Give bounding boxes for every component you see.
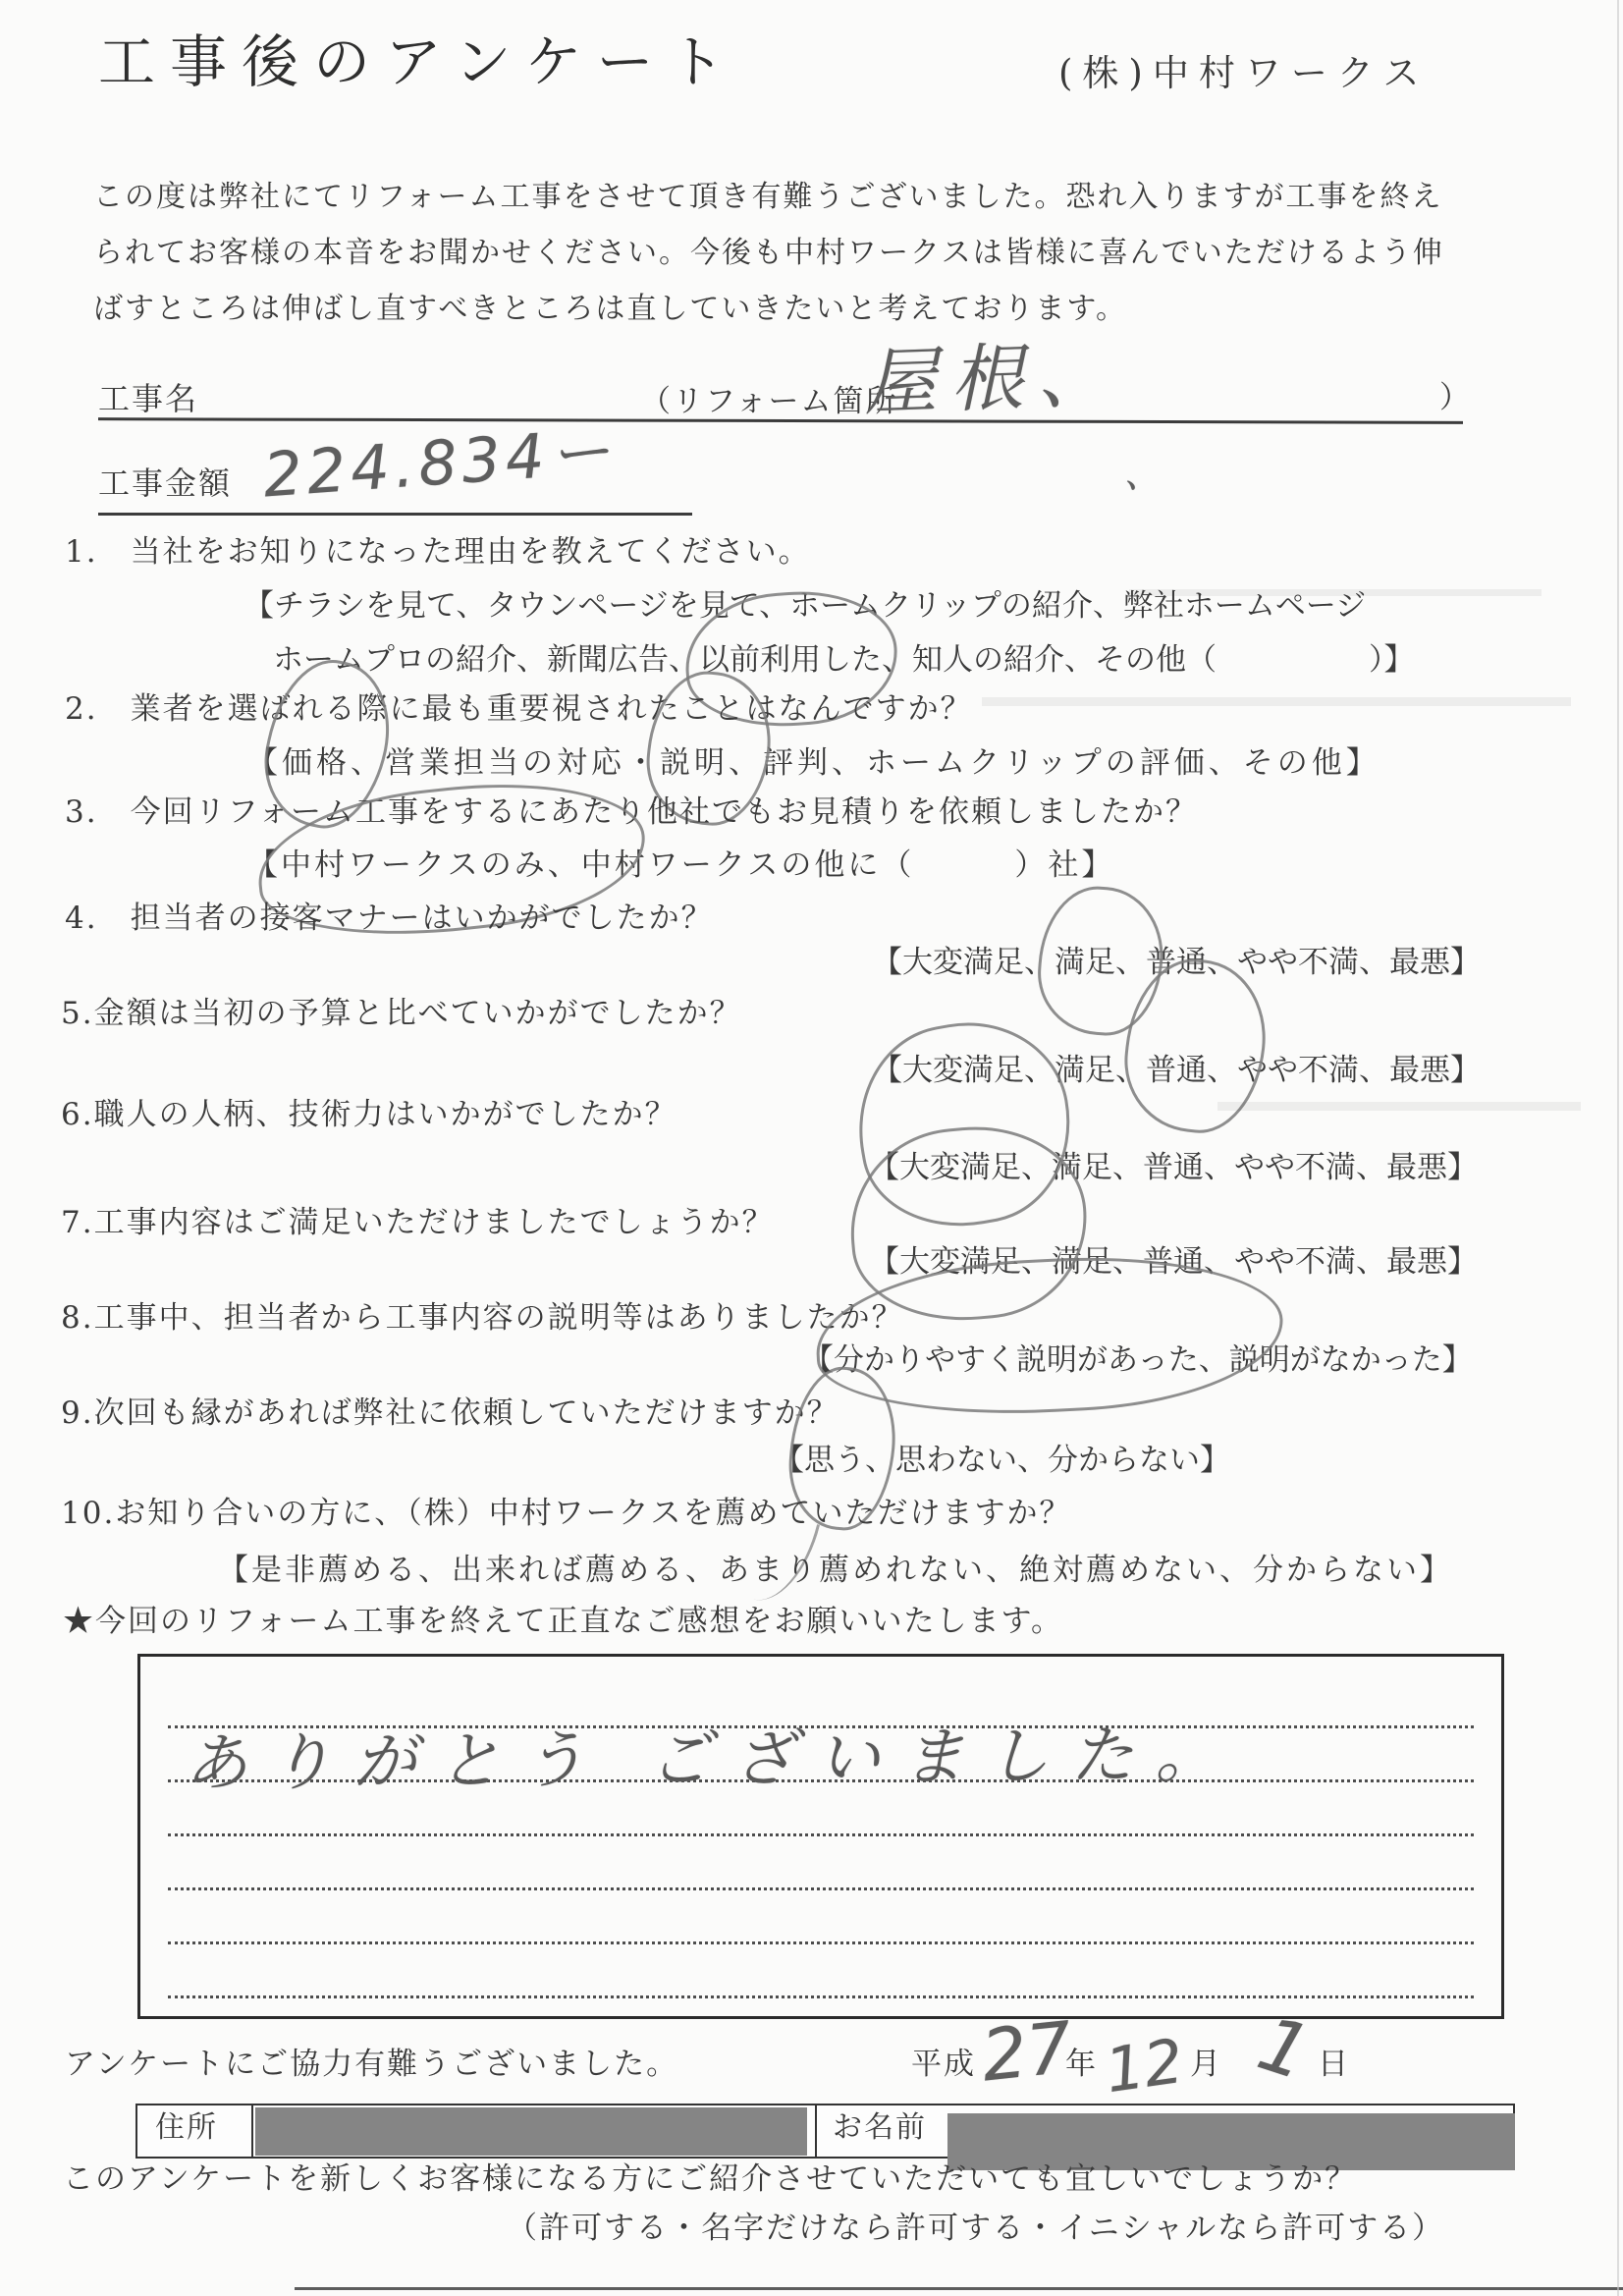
q6-options-suffix: 、満足、普通、やや不満、最悪】 [1021, 1150, 1478, 1185]
date-month-handwritten: 12 [1101, 2026, 1187, 2106]
work-name-underline [98, 417, 1463, 424]
date-era-label: 平成 [911, 2048, 976, 2083]
q8-circled-answer: 分かりやすく説明があった [834, 1343, 1199, 1379]
intro-line-1: この度は弊社にてリフォーム工事をさせて頂き有難うございました。恐れ入りますが工事… [93, 181, 1443, 215]
comment-ruled-line [168, 1833, 1474, 1836]
date-year-handwritten: 27 [978, 2006, 1076, 2097]
comment-ruled-line [168, 1941, 1474, 1944]
q1-options-prefix: ホームプロの紹介、新聞広告、 [273, 642, 699, 678]
work-name-label: 工事名 [98, 381, 198, 417]
q2-options-suffix: 、評判、ホームクリップの評価、その他】 [729, 745, 1380, 781]
date-year-unit: 年 [1065, 2048, 1098, 2083]
question-3-options: 【中村ワークスのみ、中村ワークスの他に（ ）社】 [247, 848, 1114, 884]
q2-circled-answer-price: 価格 [282, 746, 351, 782]
comment-ruled-line [168, 1887, 1474, 1890]
q1-circled-answer: 以前利用した [699, 643, 882, 679]
question-10-options: 【是非薦める、出来れば薦める、あまり薦めれない、絶対薦めない、分からない】 [218, 1554, 1453, 1589]
date-day-unit: 日 [1318, 2048, 1350, 2083]
q6-options-open: 【 [869, 1150, 899, 1185]
q4-options-suffix: 、普通、やや不満、最悪】 [1115, 945, 1481, 980]
name-label: お名前 [833, 2111, 927, 2146]
q9-options-open: 【 [774, 1443, 804, 1478]
question-7-text: 7.工事内容はご満足いただけましたでしょうか？ [61, 1206, 775, 1241]
date-month-unit: 月 [1190, 2048, 1222, 2083]
question-5-options: 【大変満足、満足、普通、やや不満、最悪】 [872, 1054, 1481, 1089]
q7-circled-answer: 大変満足 [899, 1245, 1021, 1281]
q6-circled-answer: 大変満足 [899, 1151, 1021, 1186]
stray-pen-mark: 、 [1124, 454, 1162, 497]
q4-circled-answer: 満足 [1055, 946, 1115, 981]
comment-prompt: ★今回のリフォーム工事を終えて正直なご感想をお願いいたします。 [63, 1605, 1063, 1640]
address-redaction-box [255, 2107, 807, 2156]
scan-right-edge-artifact [1617, 0, 1619, 2296]
question-10-text: 10.お知り合いの方に、（株）中村ワークスを薦めていただけますか？ [61, 1497, 1072, 1532]
question-3-text: 3. 今回リフォーム工事をするにあたり他社でもお見積りを依頼しましたか？ [65, 795, 1198, 831]
survey-scan-page: 工事後のアンケート (株)中村ワークス この度は弊社にてリフォーム工事をさせて頂… [0, 0, 1623, 2296]
q9-circled-answer: 思う [804, 1444, 865, 1479]
comment-box [137, 1654, 1504, 2019]
reform-location-close-paren: ） [1439, 381, 1472, 416]
q5-options-prefix: 【大変満足、満足、 [872, 1053, 1146, 1088]
q2-options-middle: 、営業担当の対応・ [351, 745, 660, 781]
intro-line-2: られてお客様の本音をお聞かせください。今後も中村ワークスは皆様に喜んでいただける… [93, 237, 1444, 271]
question-1-text: 1. 当社をお知りになった理由を教えてください。 [65, 535, 811, 571]
question-2-text: 2. 業者を選ばれる際に最も重要視されたことはなんですか？ [65, 692, 973, 728]
page-title: 工事後のアンケート [98, 29, 740, 95]
question-4-text: 4. 担当者の接客マナーはいかがでしたか？ [65, 902, 714, 937]
question-2-options: 【価格、営業担当の対応・説明、評判、ホームクリップの評価、その他】 [247, 746, 1380, 782]
q8-options-suffix: 、説明がなかった】 [1199, 1342, 1473, 1378]
question-9-options: 【思う、思わない、分からない】 [774, 1444, 1230, 1479]
address-cell-divider [251, 2105, 253, 2157]
reform-location-handwritten-value: 屋根、 [863, 333, 1125, 425]
question-9-text: 9.次回も縁があれば弊社に依頼していただけますか？ [61, 1396, 839, 1432]
question-5-text: 5.金額は当初の予算と比べていかがでしたか？ [61, 997, 742, 1032]
q5-options-suffix: 、やや不満、最悪】 [1207, 1053, 1481, 1088]
question-4-options: 【大変満足、満足、普通、やや不満、最悪】 [872, 946, 1481, 981]
scan-bottom-edge-artifact [295, 2287, 1623, 2290]
name-cell-divider [815, 2105, 817, 2157]
q9-options-suffix: 、思わない、分からない】 [865, 1443, 1230, 1478]
question-8-text: 8.工事中、担当者から工事内容の説明等はありましたか？ [61, 1301, 904, 1337]
address-label: 住所 [155, 2111, 218, 2146]
work-amount-label: 工事金額 [98, 465, 232, 502]
scan-smudge-artifact [1217, 1102, 1581, 1111]
q1-options-suffix: 、知人の紹介、その他（ ）】 [882, 642, 1415, 678]
work-amount-underline [98, 513, 692, 516]
q7-options-suffix: 、満足、普通、やや不満、最悪】 [1021, 1244, 1478, 1280]
question-8-options: 【分かりやすく説明があった、説明がなかった】 [803, 1343, 1473, 1379]
consent-options: （許可する・名字だけなら許可する・イニシャルなら許可する） [507, 2212, 1444, 2247]
question-1-options-line-2: ホームプロの紹介、新聞広告、以前利用した、知人の紹介、その他（ ）】 [273, 643, 1415, 679]
company-name: (株)中村ワークス [1058, 53, 1430, 95]
footer-thanks-text: アンケートにご協力有難うございました。 [65, 2048, 678, 2083]
work-amount-handwritten-value: 224.834ー [261, 416, 617, 511]
comment-handwritten-text: ありがとう ございました。 [185, 1720, 1240, 1801]
q8-options-open: 【 [803, 1342, 834, 1378]
question-7-options: 【大変満足、満足、普通、やや不満、最悪】 [869, 1245, 1478, 1281]
intro-line-3: ばすところは伸ばし直すべきところは直していきたいと考えております。 [93, 293, 1127, 327]
q2-options-open: 【 [247, 745, 282, 781]
q5-circled-answer: 普通 [1146, 1054, 1207, 1089]
scan-smudge-artifact [1129, 589, 1542, 596]
q2-circled-answer-explanation: 説明 [660, 746, 729, 782]
reform-location-label: （リフォーム箇所 [640, 385, 897, 420]
comment-ruled-line [168, 1995, 1474, 1998]
q3-options-suffix: 、中村ワークスの他に（ ）社】 [548, 847, 1115, 883]
q7-options-open: 【 [869, 1244, 899, 1280]
consent-question: このアンケートを新しくお客様になる方にご紹介させていただいても宜しいでしょうか？ [63, 2162, 1357, 2198]
q4-options-prefix: 【大変満足、 [872, 945, 1055, 980]
question-6-text: 6.職人の人柄、技術力はいかがでしたか？ [61, 1098, 677, 1133]
scan-smudge-artifact [982, 697, 1571, 706]
q3-options-open: 【 [247, 847, 281, 883]
q3-circled-answer: 中村ワークスのみ [281, 848, 548, 884]
question-6-options: 【大変満足、満足、普通、やや不満、最悪】 [869, 1151, 1478, 1186]
